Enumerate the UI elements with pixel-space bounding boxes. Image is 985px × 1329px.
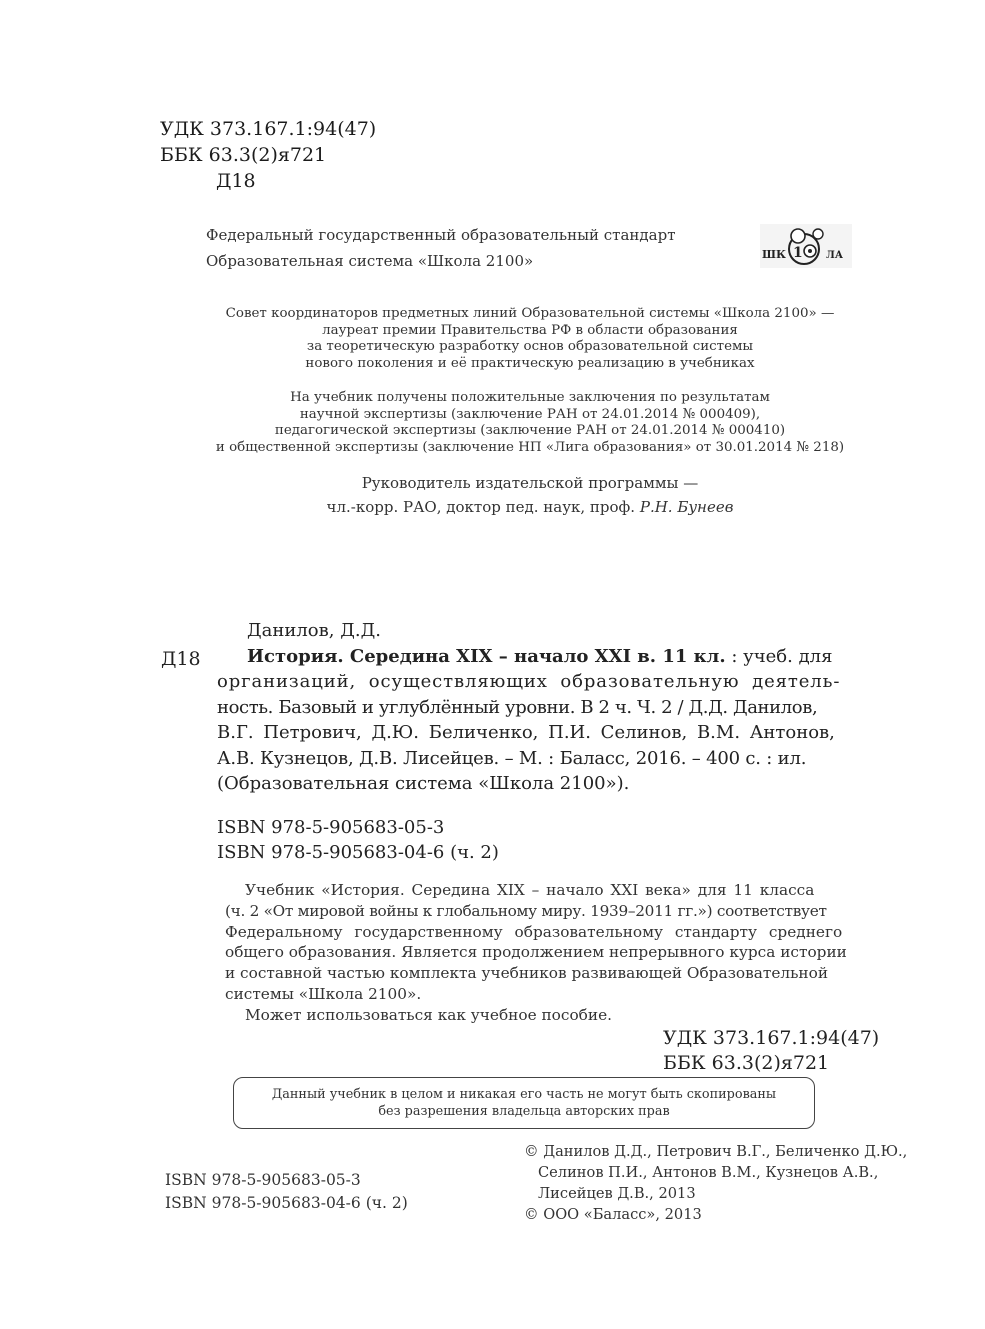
udk-code: УДК 373.167.1:94(47) [160, 116, 376, 142]
biblio-body: История. Середина XIX – начало XXI в. 11… [217, 644, 885, 797]
copy-notice-line-1: Данный учебник в целом и никакая его час… [234, 1086, 814, 1104]
annotation-line: системы «Школа 2100». [225, 984, 885, 1005]
shkola-2100-logo: ШК ЛА 1 [760, 224, 852, 268]
program-head-block: Руководитель издательской программы — чл… [180, 471, 880, 519]
svg-text:1: 1 [793, 245, 803, 261]
council-line: за теоретическую разработку основ образо… [180, 339, 880, 356]
council-block: Совет координаторов предметных линий Обр… [180, 306, 880, 372]
isbn-line: ISBN 978-5-905683-05-3 [217, 815, 499, 840]
council-line: нового поколения и её практическую реали… [180, 356, 880, 373]
annotation-line: и составной частью комплекта учебников р… [225, 963, 885, 984]
annotation-line: (ч. 2 «От мировой войны к глобальному ми… [225, 901, 885, 922]
annotation-line: общего образования. Является продолжение… [225, 942, 885, 963]
program-head-name: Р.Н. Бунеев [640, 498, 734, 516]
annotation-block: Учебник «История. Середина XIX – начало … [245, 880, 885, 1026]
expertise-line: На учебник получены положительные заключ… [180, 390, 880, 407]
council-line: лауреат премии Правительства РФ в област… [180, 323, 880, 340]
expertise-block: На учебник получены положительные заключ… [180, 390, 880, 456]
copyright-authors: © Данилов Д.Д., Петрович В.Г., Беличенко… [524, 1141, 907, 1162]
copyright-block: © Данилов Д.Д., Петрович В.Г., Беличенко… [524, 1141, 907, 1225]
copyright-authors: Селинов П.И., Антонов В.М., Кузнецов А.В… [524, 1162, 907, 1183]
standard-line-2: Образовательная система «Школа 2100» [206, 248, 676, 274]
bbk-code: ББК 63.3(2)я721 [160, 142, 376, 168]
isbn-line: ISBN 978-5-905683-04-6 (ч. 2) [165, 1192, 408, 1215]
biblio-desc-line: организаций, осуществляющих образователь… [217, 669, 885, 695]
udk-code-bottom: УДК 373.167.1:94(47) [663, 1026, 879, 1051]
expertise-line: научной экспертизы (заключение РАН от 24… [180, 407, 880, 424]
annotation-note: Может использоваться как учебное пособие… [245, 1005, 885, 1026]
biblio-code: Д18 [161, 648, 201, 670]
svg-text:ЛА: ЛА [826, 250, 844, 261]
bbk-code-bottom: ББК 63.3(2)я721 [663, 1051, 879, 1076]
program-head-prefix: чл.-корр. РАО, доктор пед. наук, проф. [327, 498, 636, 516]
copyright-publisher: © ООО «Баласс», 2013 [524, 1204, 907, 1225]
annotation-line: Федеральному государственному образовате… [225, 922, 885, 943]
bibliographic-record: Данилов, Д.Д. История. Середина XIX – на… [217, 618, 885, 797]
isbn-line: ISBN 978-5-905683-05-3 [165, 1169, 408, 1192]
copy-notice-box: Данный учебник в целом и никакая его час… [233, 1077, 815, 1129]
isbn-bottom: ISBN 978-5-905683-05-3 ISBN 978-5-905683… [165, 1169, 408, 1215]
program-head-title: Руководитель издательской программы — [180, 471, 880, 495]
copyright-authors: Лисейцев Д.В., 2013 [524, 1183, 907, 1204]
classification-bottom: УДК 373.167.1:94(47) ББК 63.3(2)я721 [663, 1026, 879, 1076]
council-line: Совет координаторов предметных линий Обр… [180, 306, 880, 323]
program-head-credentials: чл.-корр. РАО, доктор пед. наук, проф. Р… [180, 495, 880, 519]
biblio-title: История. Середина XIX – начало XXI в. 11… [247, 646, 726, 667]
isbn-line: ISBN 978-5-905683-04-6 (ч. 2) [217, 840, 499, 865]
biblio-author: Данилов, Д.Д. [217, 618, 885, 644]
school-logo-icon: ШК ЛА 1 [760, 224, 852, 268]
biblio-desc-line: (Образовательная система «Школа 2100»). [217, 771, 885, 797]
annotation-line: Учебник «История. Середина XIX – начало … [245, 880, 885, 901]
standard-line-1: Федеральный государственный образователь… [206, 222, 676, 248]
isbn-middle: ISBN 978-5-905683-05-3 ISBN 978-5-905683… [217, 815, 499, 865]
standard-block: Федеральный государственный образователь… [206, 222, 676, 274]
biblio-desc-line: ность. Базовый и углублённый уровни. В 2… [217, 695, 885, 721]
biblio-desc-line: А.В. Кузнецов, Д.В. Лисейцев. – М. : Бал… [217, 746, 885, 772]
biblio-desc-line: : учеб. для [731, 646, 832, 667]
author-mark: Д18 [160, 168, 376, 194]
expertise-line: педагогической экспертизы (заключение РА… [180, 423, 880, 440]
expertise-line: и общественной экспертизы (заключение НП… [180, 440, 880, 457]
copy-notice-line-2: без разрешения владельца авторских прав [234, 1103, 814, 1121]
biblio-desc-line: В.Г. Петрович, Д.Ю. Беличенко, П.И. Сели… [217, 720, 885, 746]
classification-top: УДК 373.167.1:94(47) ББК 63.3(2)я721 Д18 [160, 116, 376, 194]
svg-text:ШК: ШК [762, 248, 786, 261]
